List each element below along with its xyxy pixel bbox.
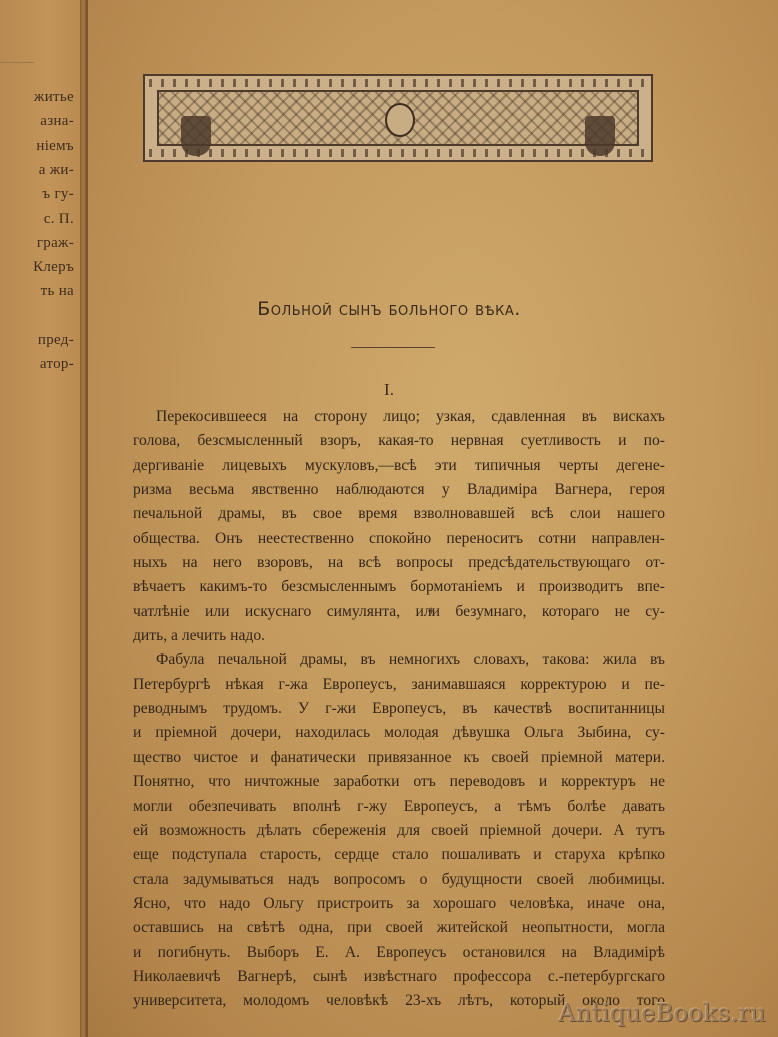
left-page-text-fragment: с. П.	[0, 211, 74, 228]
text-line: голова, безсмысленный взоръ, какая-то не…	[133, 429, 665, 453]
body-text: Перекосившееся на сторону лицо; узкая, с…	[133, 405, 665, 1014]
text-line: реводнымъ трудомъ. У г-жи Европеусъ, въ …	[133, 697, 665, 721]
text-line: могли обезпечивать вполнѣ г-жу Европеусъ…	[133, 795, 665, 819]
text-line: и погибнуть. Выборъ Е. А. Европеусъ оста…	[133, 941, 665, 965]
chapter-title: Больной сынъ больного вѣка.	[0, 298, 778, 320]
text-line: еще подступала старость, сердце стало по…	[133, 843, 665, 867]
text-line: Ясно, что надо Ольгу пристроить за хорош…	[133, 892, 665, 916]
left-page-text-fragment: граж-	[0, 235, 74, 252]
text-line: Перекосившееся на сторону лицо; узкая, с…	[133, 405, 665, 429]
ornament-border-top	[149, 79, 647, 87]
stray-mark: +	[427, 606, 435, 617]
left-page-text-fragment: ъ гу-	[0, 186, 74, 203]
left-page-text-fragment: житье	[0, 89, 74, 106]
ornamental-headpiece	[143, 74, 653, 162]
text-line: ей возможность дѣлать сбереженія для сво…	[133, 819, 665, 843]
text-line: чатлѣніе или искуснаго симулянта, или бе…	[133, 600, 665, 624]
left-page-rule	[0, 62, 34, 63]
text-line: стала задумываться надъ вопросомъ о буду…	[133, 868, 665, 892]
left-page-text-fragment: азна-	[0, 113, 74, 130]
text-line: Николаевичѣ Вагнерѣ, сынѣ извѣстнаго про…	[133, 965, 665, 989]
text-line: Фабула печальной драмы, въ немногихъ сло…	[133, 648, 665, 672]
text-line: ныхъ на него взоровъ, на всѣ вопросы пре…	[133, 551, 665, 575]
ornament-panel	[157, 90, 639, 146]
text-line: Петербургѣ нѣкая г-жа Европеусъ, занимав…	[133, 673, 665, 697]
ornament-border-bottom	[149, 149, 647, 157]
left-page-text-fragment: а жи-	[0, 162, 74, 179]
text-line: вѣчаетъ какимъ-то безсмысленнымъ бормота…	[133, 575, 665, 599]
left-page-text-fragment: ніемъ	[0, 138, 74, 155]
text-line: и пріемной дочери, находилась молодая дѣ…	[133, 721, 665, 745]
left-page-text-fragment: Клеръ	[0, 259, 74, 276]
text-line: дергиваніе лицевыхъ мускуловъ,—всѣ эти т…	[133, 454, 665, 478]
text-line: дить, а лечить надо.	[133, 624, 665, 648]
text-line: ризма весьма явственно наблюдаются у Вла…	[133, 478, 665, 502]
left-page-edge: житьеазна-ніемъа жи-ъ гу-с. П.граж-Клеръ…	[0, 0, 84, 1037]
text-line: щество чистое и фанатически привязанное …	[133, 746, 665, 770]
chapter-number: I.	[0, 380, 778, 400]
text-line: оставшись на свѣтѣ одна, при своей житей…	[133, 916, 665, 940]
left-page-text-fragment: пред-	[0, 332, 74, 349]
left-page-text-fragment: атор-	[0, 356, 74, 373]
text-line: Понятно, что ничтожные заработки отъ пер…	[133, 770, 665, 794]
title-divider	[351, 347, 435, 348]
cherub-face-icon	[385, 103, 415, 137]
text-line: общества. Онъ неестественно спокойно пер…	[133, 527, 665, 551]
text-line: печальной драмы, въ свое время взволнова…	[133, 502, 665, 526]
watermark: AntiqueBooks.ru	[558, 999, 766, 1027]
